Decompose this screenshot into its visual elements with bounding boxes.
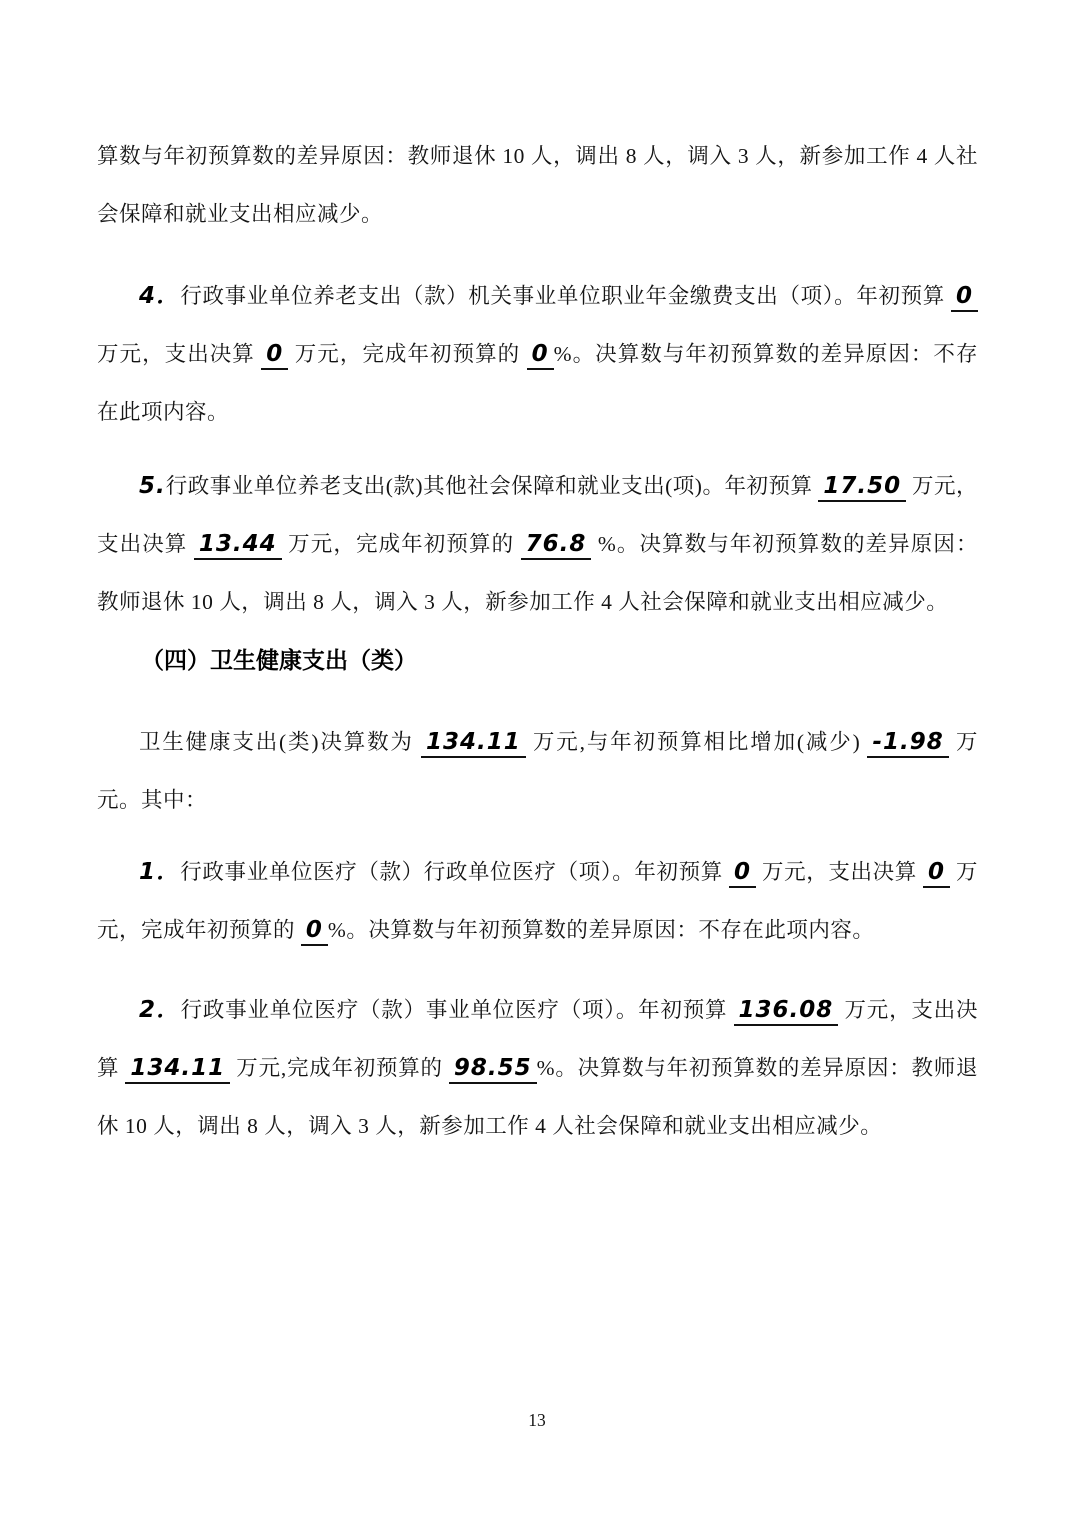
filled-value: 0 — [301, 917, 328, 946]
filled-value: 0 — [261, 341, 288, 370]
text-run: 万元,完成年初预算的 — [230, 1056, 449, 1080]
text-run: 万元，完成年初预算的 — [288, 342, 526, 366]
text-run: 万元,与年初预算相比增加(减少) — [526, 730, 868, 754]
paragraph-continuation: 算数与年初预算数的差异原因：教师退休 10 人，调出 8 人，调入 3 人，新参… — [97, 127, 978, 243]
filled-value: 134.11 — [421, 729, 526, 758]
text-run: 万元，支出决算 — [756, 860, 923, 884]
filled-value: 13.44 — [194, 531, 282, 560]
filled-value: -1.98 — [867, 729, 948, 758]
item-marker: 2． — [139, 997, 181, 1023]
item-marker: 4． — [139, 283, 180, 309]
text-block: 算数与年初预算数的差异原因：教师退休 10 人，调出 8 人，调入 3 人，新参… — [97, 127, 978, 1155]
text-run: %。决算数与年初预算数的差异原因：不存在此项内容。 — [328, 918, 874, 942]
paragraph-health-summary: 卫生健康支出(类)决算数为 134.11 万元,与年初预算相比增加(减少) -1… — [97, 713, 978, 829]
item-marker: 1． — [139, 859, 180, 885]
text-run: 万元，支出决算 — [97, 342, 261, 366]
list-item-4: 4．行政事业单位养老支出（款）机关事业单位职业年金缴费支出（项）。年初预算 0 … — [97, 267, 978, 441]
filled-value: 98.55 — [449, 1055, 537, 1084]
document-page: 算数与年初预算数的差异原因：教师退休 10 人，调出 8 人，调入 3 人，新参… — [0, 0, 1074, 1520]
filled-value: 17.50 — [818, 473, 906, 502]
filled-value: 0 — [923, 859, 950, 888]
list-item-1: 1．行政事业单位医疗（款）行政单位医疗（项）。年初预算 0 万元，支出决算 0 … — [97, 843, 978, 959]
filled-value: 0 — [951, 283, 978, 312]
text-run: 万元，完成年初预算的 — [282, 532, 521, 556]
list-item-5: 5.行政事业单位养老支出(款)其他社会保障和就业支出(项)。年初预算 17.50… — [97, 457, 978, 631]
filled-value: 134.11 — [125, 1055, 230, 1084]
filled-value: 76.8 — [521, 531, 592, 560]
filled-value: 0 — [729, 859, 756, 888]
text-run: 行政事业单位养老支出(款)其他社会保障和就业支出(项)。年初预算 — [166, 474, 819, 498]
section-heading: （四）卫生健康支出（类） — [97, 631, 978, 689]
text-run: 算数与年初预算数的差异原因：教师退休 10 人，调出 8 人，调入 3 人，新参… — [97, 144, 978, 226]
item-marker: 5. — [139, 473, 166, 499]
text-run: 行政事业单位养老支出（款）机关事业单位职业年金缴费支出（项）。年初预算 — [180, 284, 951, 308]
text-run: 卫生健康支出(类)决算数为 — [139, 730, 421, 754]
filled-value: 136.08 — [734, 997, 839, 1026]
text-run: 行政事业单位医疗（款）行政单位医疗（项）。年初预算 — [180, 860, 729, 884]
filled-value: 0 — [527, 341, 554, 370]
list-item-2: 2．行政事业单位医疗（款）事业单位医疗（项）。年初预算 136.08 万元，支出… — [97, 981, 978, 1155]
text-run: 行政事业单位医疗（款）事业单位医疗（项）。年初预算 — [181, 998, 734, 1022]
page-number: 13 — [0, 1406, 1074, 1434]
